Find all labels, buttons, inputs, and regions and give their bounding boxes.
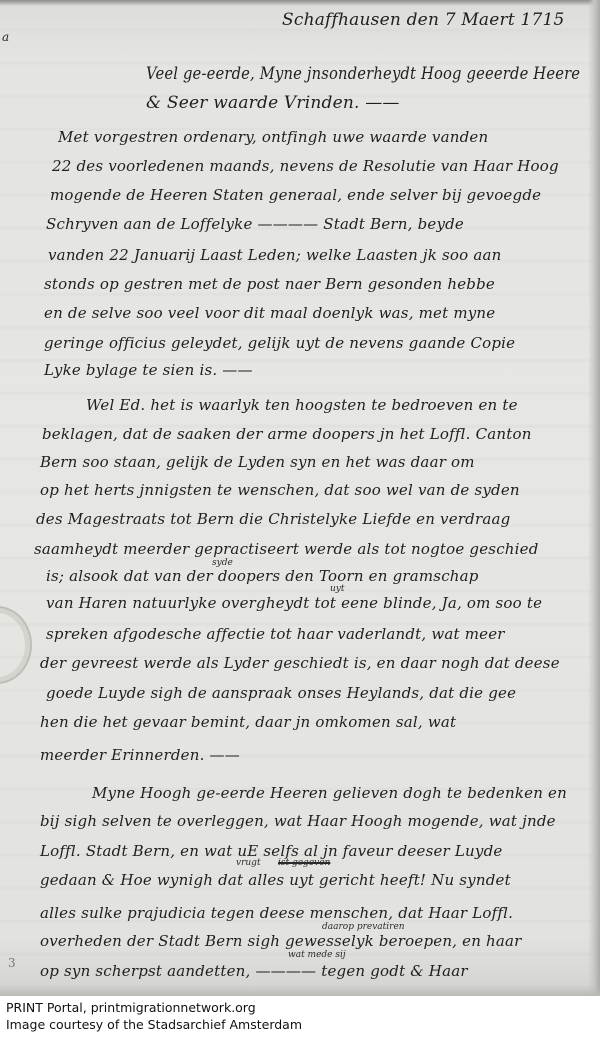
manuscript-line: gedaan & Hoe wynigh dat alles uyt gerich… bbox=[40, 871, 511, 889]
manuscript-line: des Magestraats tot Bern die Christelyke… bbox=[36, 510, 510, 528]
margin-note-bottom: 3 bbox=[8, 956, 16, 970]
margin-note-top: a bbox=[2, 30, 9, 44]
archive-stamp-icon bbox=[0, 606, 32, 684]
manuscript-scan: a 3 Schaffhausen den 7 Maert 1715 Veel g… bbox=[0, 0, 600, 996]
manuscript-line: stonds op gestren met de post naer Bern … bbox=[44, 275, 495, 293]
manuscript-line: meerder Erinnerden. —— bbox=[40, 746, 240, 764]
scan-top-edge bbox=[0, 0, 600, 6]
interlinear-insertion: vrugt bbox=[236, 858, 261, 868]
manuscript-line: bij sigh selven te overleggen, wat Haar … bbox=[40, 812, 556, 830]
manuscript-line: Bern soo staan, gelijk de Lyden syn en h… bbox=[40, 453, 475, 471]
manuscript-line: der gevreest werde als Lyder geschiedt i… bbox=[40, 654, 560, 672]
manuscript-line: op het herts jnnigsten te wenschen, dat … bbox=[40, 481, 520, 499]
manuscript-line: alles sulke prajudicia tegen deese mensc… bbox=[40, 904, 513, 922]
manuscript-line: hen die het gevaar bemint, daar jn omkom… bbox=[40, 713, 456, 731]
interlinear-insertion: uyt bbox=[330, 584, 345, 594]
manuscript-line: vanden 22 Januarij Laast Leden; welke La… bbox=[48, 246, 502, 264]
manuscript-line: saamheydt meerder gepractiseert werde al… bbox=[34, 540, 539, 558]
manuscript-line: op syn scherpst aandetten, ———— tegen go… bbox=[40, 962, 468, 980]
caption-courtesy: Image courtesy of the Stadsarchief Amste… bbox=[6, 1016, 302, 1033]
salutation-line-1: Veel ge-eerde, Myne jnsonderheydt Hoog g… bbox=[146, 64, 580, 84]
manuscript-line: mogende de Heeren Staten generaal, ende … bbox=[50, 186, 541, 204]
manuscript-line: 22 des voorledenen maands, nevens de Res… bbox=[52, 157, 559, 175]
manuscript-line: en de selve soo veel voor dit maal doenl… bbox=[44, 304, 495, 322]
interlinear-insertion: daarop prevatiren bbox=[322, 922, 405, 932]
image-credit-caption: PRINT Portal, printmigrationnetwork.org … bbox=[6, 999, 302, 1033]
manuscript-line: is; alsook dat van der doopers den Toorn… bbox=[46, 567, 479, 585]
manuscript-line: van Haren natuurlyke overgheydt tot eene… bbox=[46, 594, 542, 612]
manuscript-line: Schryven aan de Loffelyke ———— Stadt Ber… bbox=[46, 215, 464, 233]
interlinear-insertion: wat mede sij bbox=[288, 950, 346, 960]
manuscript-line: geringe officius geleydet, gelijk uyt de… bbox=[44, 334, 515, 352]
caption-source: PRINT Portal, printmigrationnetwork.org bbox=[6, 999, 302, 1016]
manuscript-line: spreken afgodesche affectie tot haar vad… bbox=[46, 625, 505, 643]
document-viewer: a 3 Schaffhausen den 7 Maert 1715 Veel g… bbox=[0, 0, 600, 1038]
manuscript-line: overheden der Stadt Bern sigh gewesselyk… bbox=[40, 932, 522, 950]
manuscript-line: Met vorgestren ordenary, ontfingh uwe wa… bbox=[58, 128, 488, 146]
manuscript-line: Lyke bylage te sien is. —— bbox=[44, 361, 253, 379]
manuscript-line: goede Luyde sigh de aanspraak onses Heyl… bbox=[46, 684, 516, 702]
manuscript-line: Loffl. Stadt Bern, en wat uE selfs al jn… bbox=[40, 842, 502, 860]
interlinear-struck-text: ist gegeven bbox=[278, 858, 330, 868]
place-date-heading: Schaffhausen den 7 Maert 1715 bbox=[282, 10, 565, 30]
scan-bottom-edge bbox=[0, 986, 600, 996]
manuscript-line: Wel Ed. het is waarlyk ten hoogsten te b… bbox=[86, 396, 518, 414]
scan-binding-edge bbox=[588, 0, 600, 996]
manuscript-line: beklagen, dat de saaken der arme doopers… bbox=[42, 425, 532, 443]
salutation-line-2: & Seer waarde Vrinden. —— bbox=[146, 93, 400, 113]
manuscript-line: Myne Hoogh ge-eerde Heeren gelieven dogh… bbox=[92, 784, 567, 802]
